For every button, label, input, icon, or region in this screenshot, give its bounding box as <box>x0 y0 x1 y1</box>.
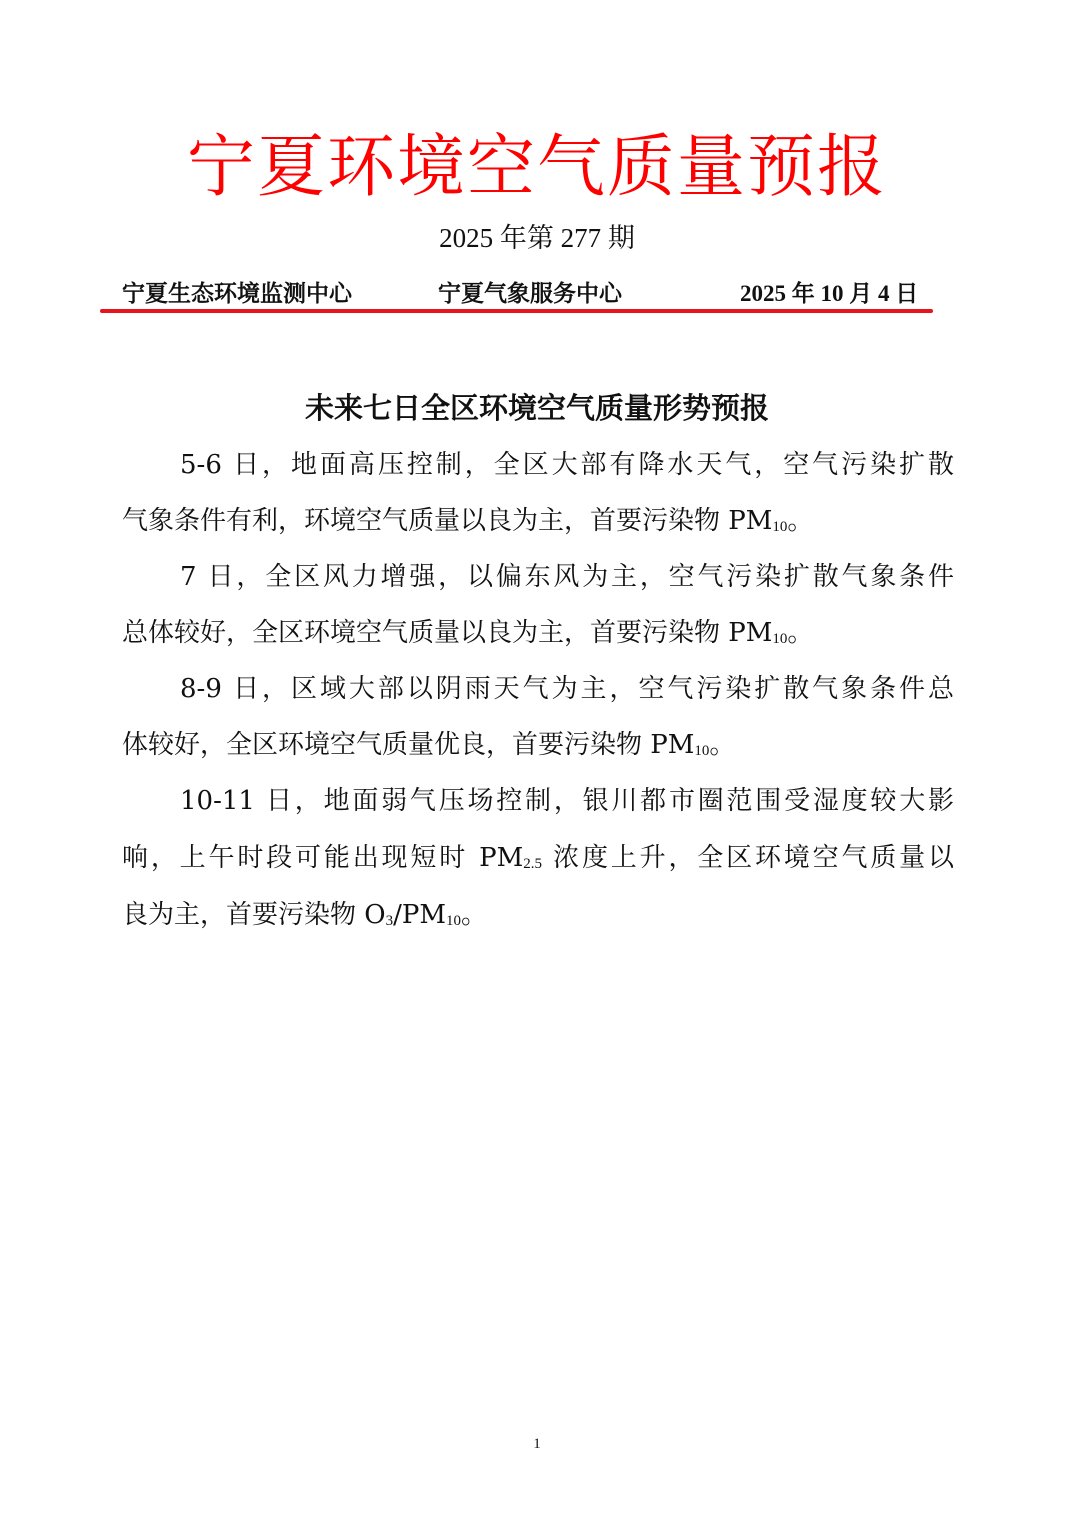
paragraph-1-line-2: 气象条件有利，环境空气质量以良为主，首要污染物 PM10。 <box>122 501 954 541</box>
section-heading: 未来七日全区环境空气质量形势预报 <box>0 386 1074 430</box>
paragraph-3-line-2: 体较好，全区环境空气质量优良，首要污染物 PM10。 <box>122 725 954 765</box>
paragraph-3-line-1: 8-9 日，区域大部以阴雨天气为主，空气污染扩散气象条件总 <box>180 669 954 709</box>
issue-number: 2025 年第 277 期 <box>0 218 1074 258</box>
paragraph-1-line-1: 5-6 日，地面高压控制，全区大部有降水天气，空气污染扩散 <box>180 445 954 485</box>
paragraph-4-line-1: 10-11 日，地面弱气压场控制，银川都市圈范围受湿度较大影 <box>180 781 954 821</box>
paragraph-4-line-3: 良为主，首要污染物 O3/PM10。 <box>122 895 954 935</box>
page-number: 1 <box>0 1436 1074 1453</box>
header-date: 2025 年 10 月 4 日 <box>740 276 918 312</box>
paragraph-2-line-2: 总体较好，全区环境空气质量以良为主，首要污染物 PM10。 <box>122 613 954 653</box>
header-divider <box>100 309 933 313</box>
paragraph-2-line-1: 7 日，全区风力增强，以偏东风为主，空气污染扩散气象条件 <box>180 557 954 597</box>
document-title: 宁夏环境空气质量预报 <box>0 128 1074 208</box>
header-org-meteorology: 宁夏气象服务中心 <box>438 276 622 312</box>
header-org-ecology: 宁夏生态环境监测中心 <box>122 276 352 312</box>
paragraph-4-line-2: 响，上午时段可能出现短时 PM2.5 浓度上升，全区环境空气质量以 <box>122 838 954 878</box>
